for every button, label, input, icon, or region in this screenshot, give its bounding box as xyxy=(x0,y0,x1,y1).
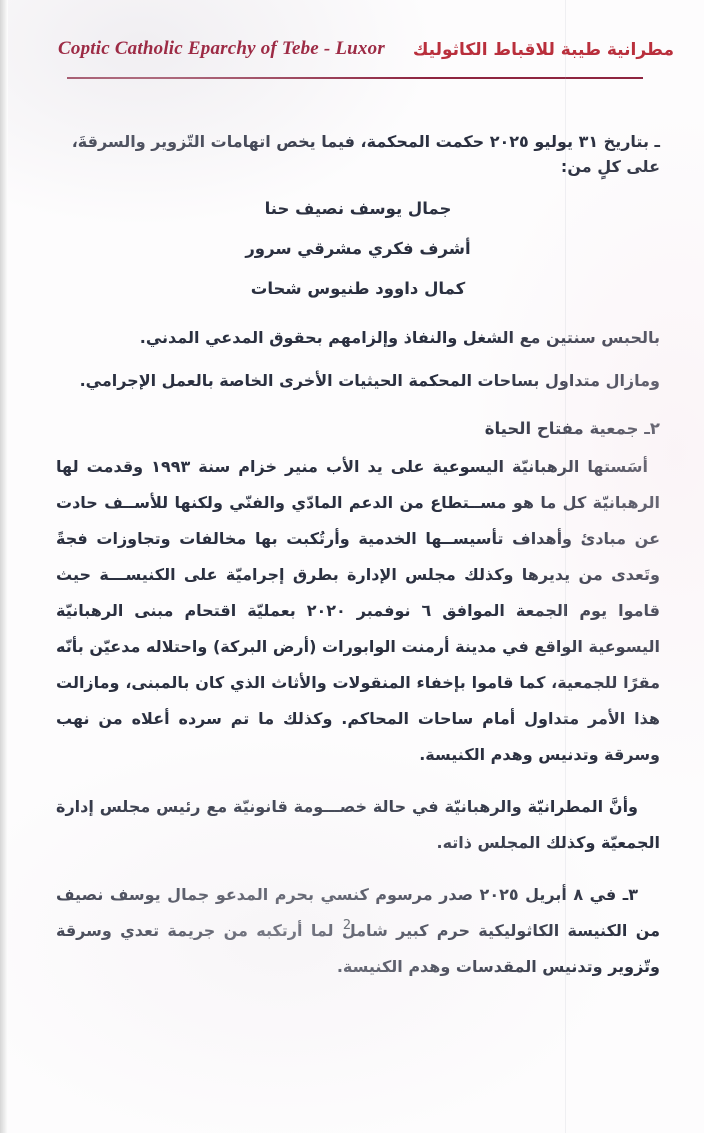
sentence-line: بالحبس سنتين مع الشغل والنفاذ وإلزامهم ب… xyxy=(56,325,660,350)
pending-cases-line: ومازال متداول بساحات المحكمة الحيثيات ال… xyxy=(56,368,660,393)
scan-left-edge xyxy=(0,0,8,1133)
court-ruling-date-line: ـ بتاريخ ٣١ يوليو ٢٠٢٥ حكمت المحكمة، فيم… xyxy=(56,129,660,179)
section-2-paragraph-1: أسَستها الرهبانيّة اليسوعية على يد الأب … xyxy=(56,449,660,773)
document-body: ـ بتاريخ ٣١ يوليو ٢٠٢٥ حكمت المحكمة، فيم… xyxy=(0,129,704,985)
convict-name: جمال يوسف نصيف حنا xyxy=(56,189,660,229)
convict-name: أشرف فكري مشرقي سرور xyxy=(56,229,660,269)
section-2-paragraph-2: وأنَّ المطرانيّة والرهبانيّة في حالة خصـ… xyxy=(56,789,660,861)
scanned-document-page: { "header": { "title_en": "Coptic Cathol… xyxy=(0,0,704,1133)
letterhead: Coptic Catholic Eparchy of Tebe - Luxor … xyxy=(0,0,704,60)
page-number: 2 xyxy=(0,918,694,933)
letterhead-title-arabic: مطرانية طيبة للاقباط الكاثوليك xyxy=(413,40,674,60)
section-2-heading: ٢ـ جمعية مفتاح الحياة xyxy=(56,419,660,438)
letterhead-rule xyxy=(67,77,643,79)
convict-names-list: جمال يوسف نصيف حنا أشرف فكري مشرقي سرور … xyxy=(56,189,660,309)
scan-fold-line xyxy=(565,0,566,1133)
letterhead-title-english: Coptic Catholic Eparchy of Tebe - Luxor xyxy=(58,38,385,60)
convict-name: كمال داوود طنيوس شحات xyxy=(56,269,660,309)
